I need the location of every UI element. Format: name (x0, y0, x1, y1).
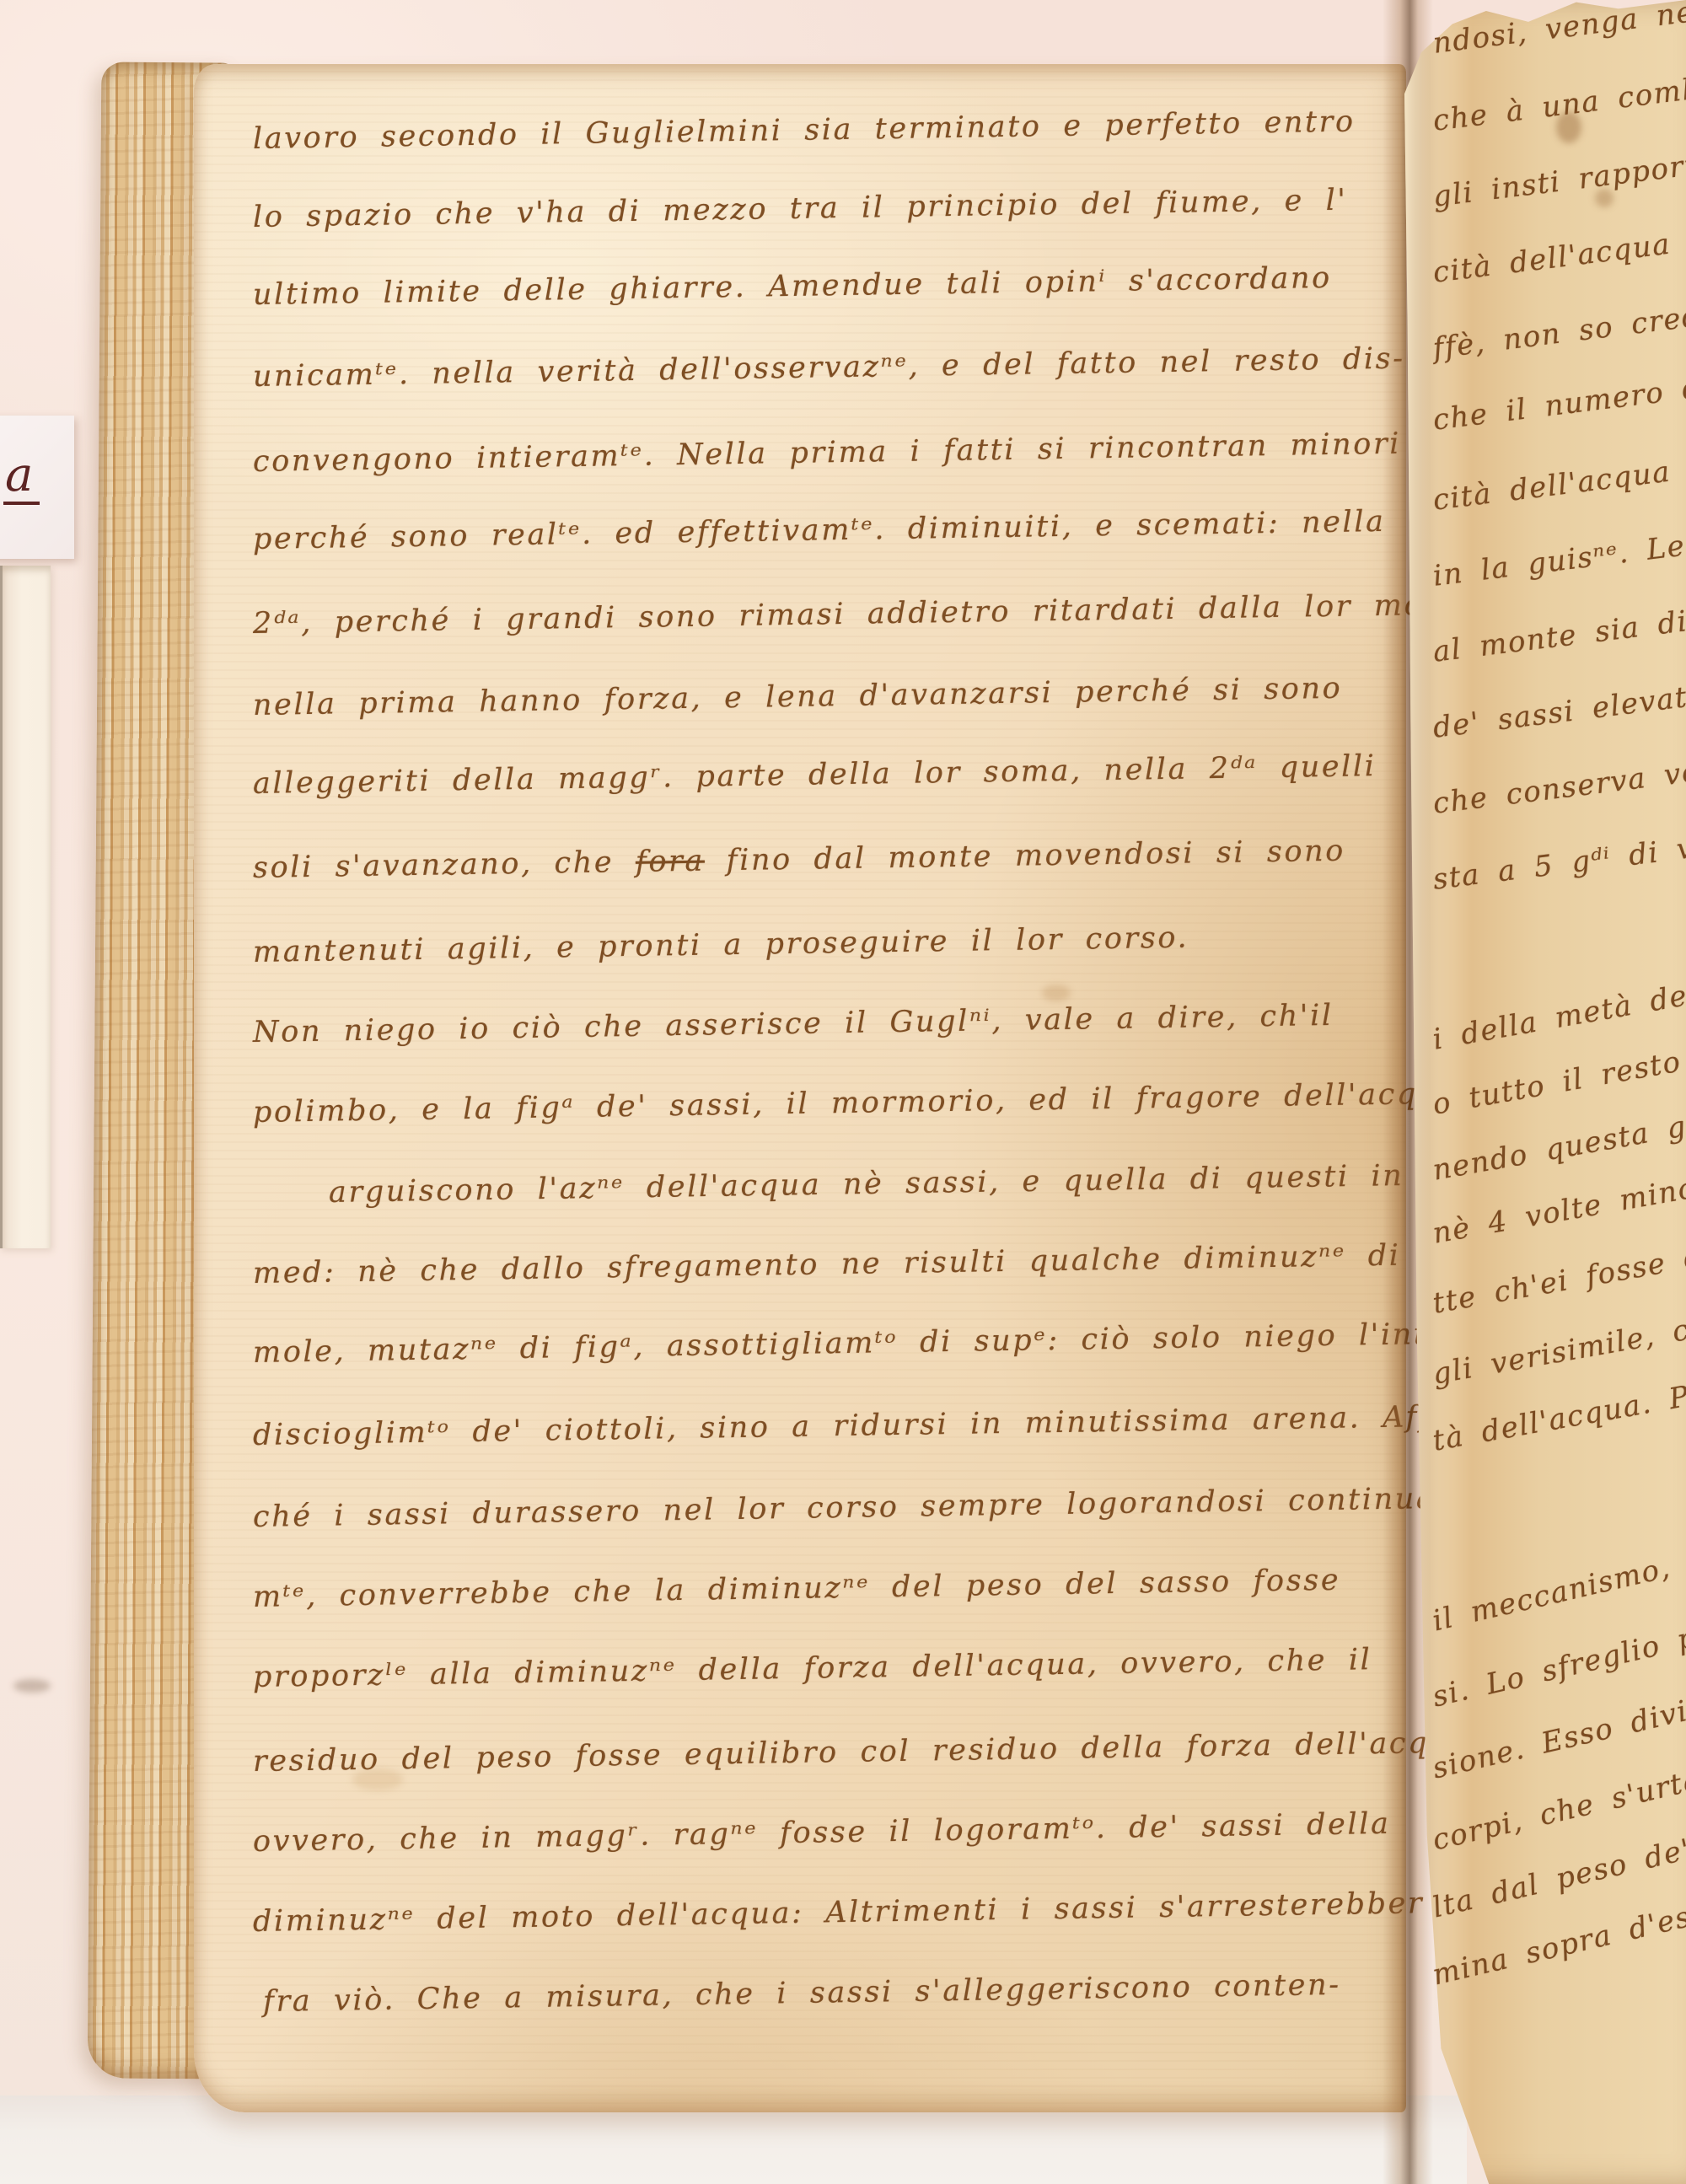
background-smudge (13, 1679, 51, 1693)
foxing-stain (1595, 189, 1614, 207)
side-white-sheet (0, 566, 51, 1248)
struck-out-word: fora (636, 845, 706, 879)
archival-label-card: a (0, 416, 74, 559)
card-letter: a (3, 449, 40, 505)
line-text: soli s'avanzano, che (253, 845, 636, 885)
foxing-stain (352, 1768, 403, 1790)
foxing-stain (1556, 111, 1581, 143)
manuscript-photo: lavoro secondo il Guglielmini sia termin… (0, 0, 1686, 2184)
foxing-stain (1042, 985, 1071, 1001)
